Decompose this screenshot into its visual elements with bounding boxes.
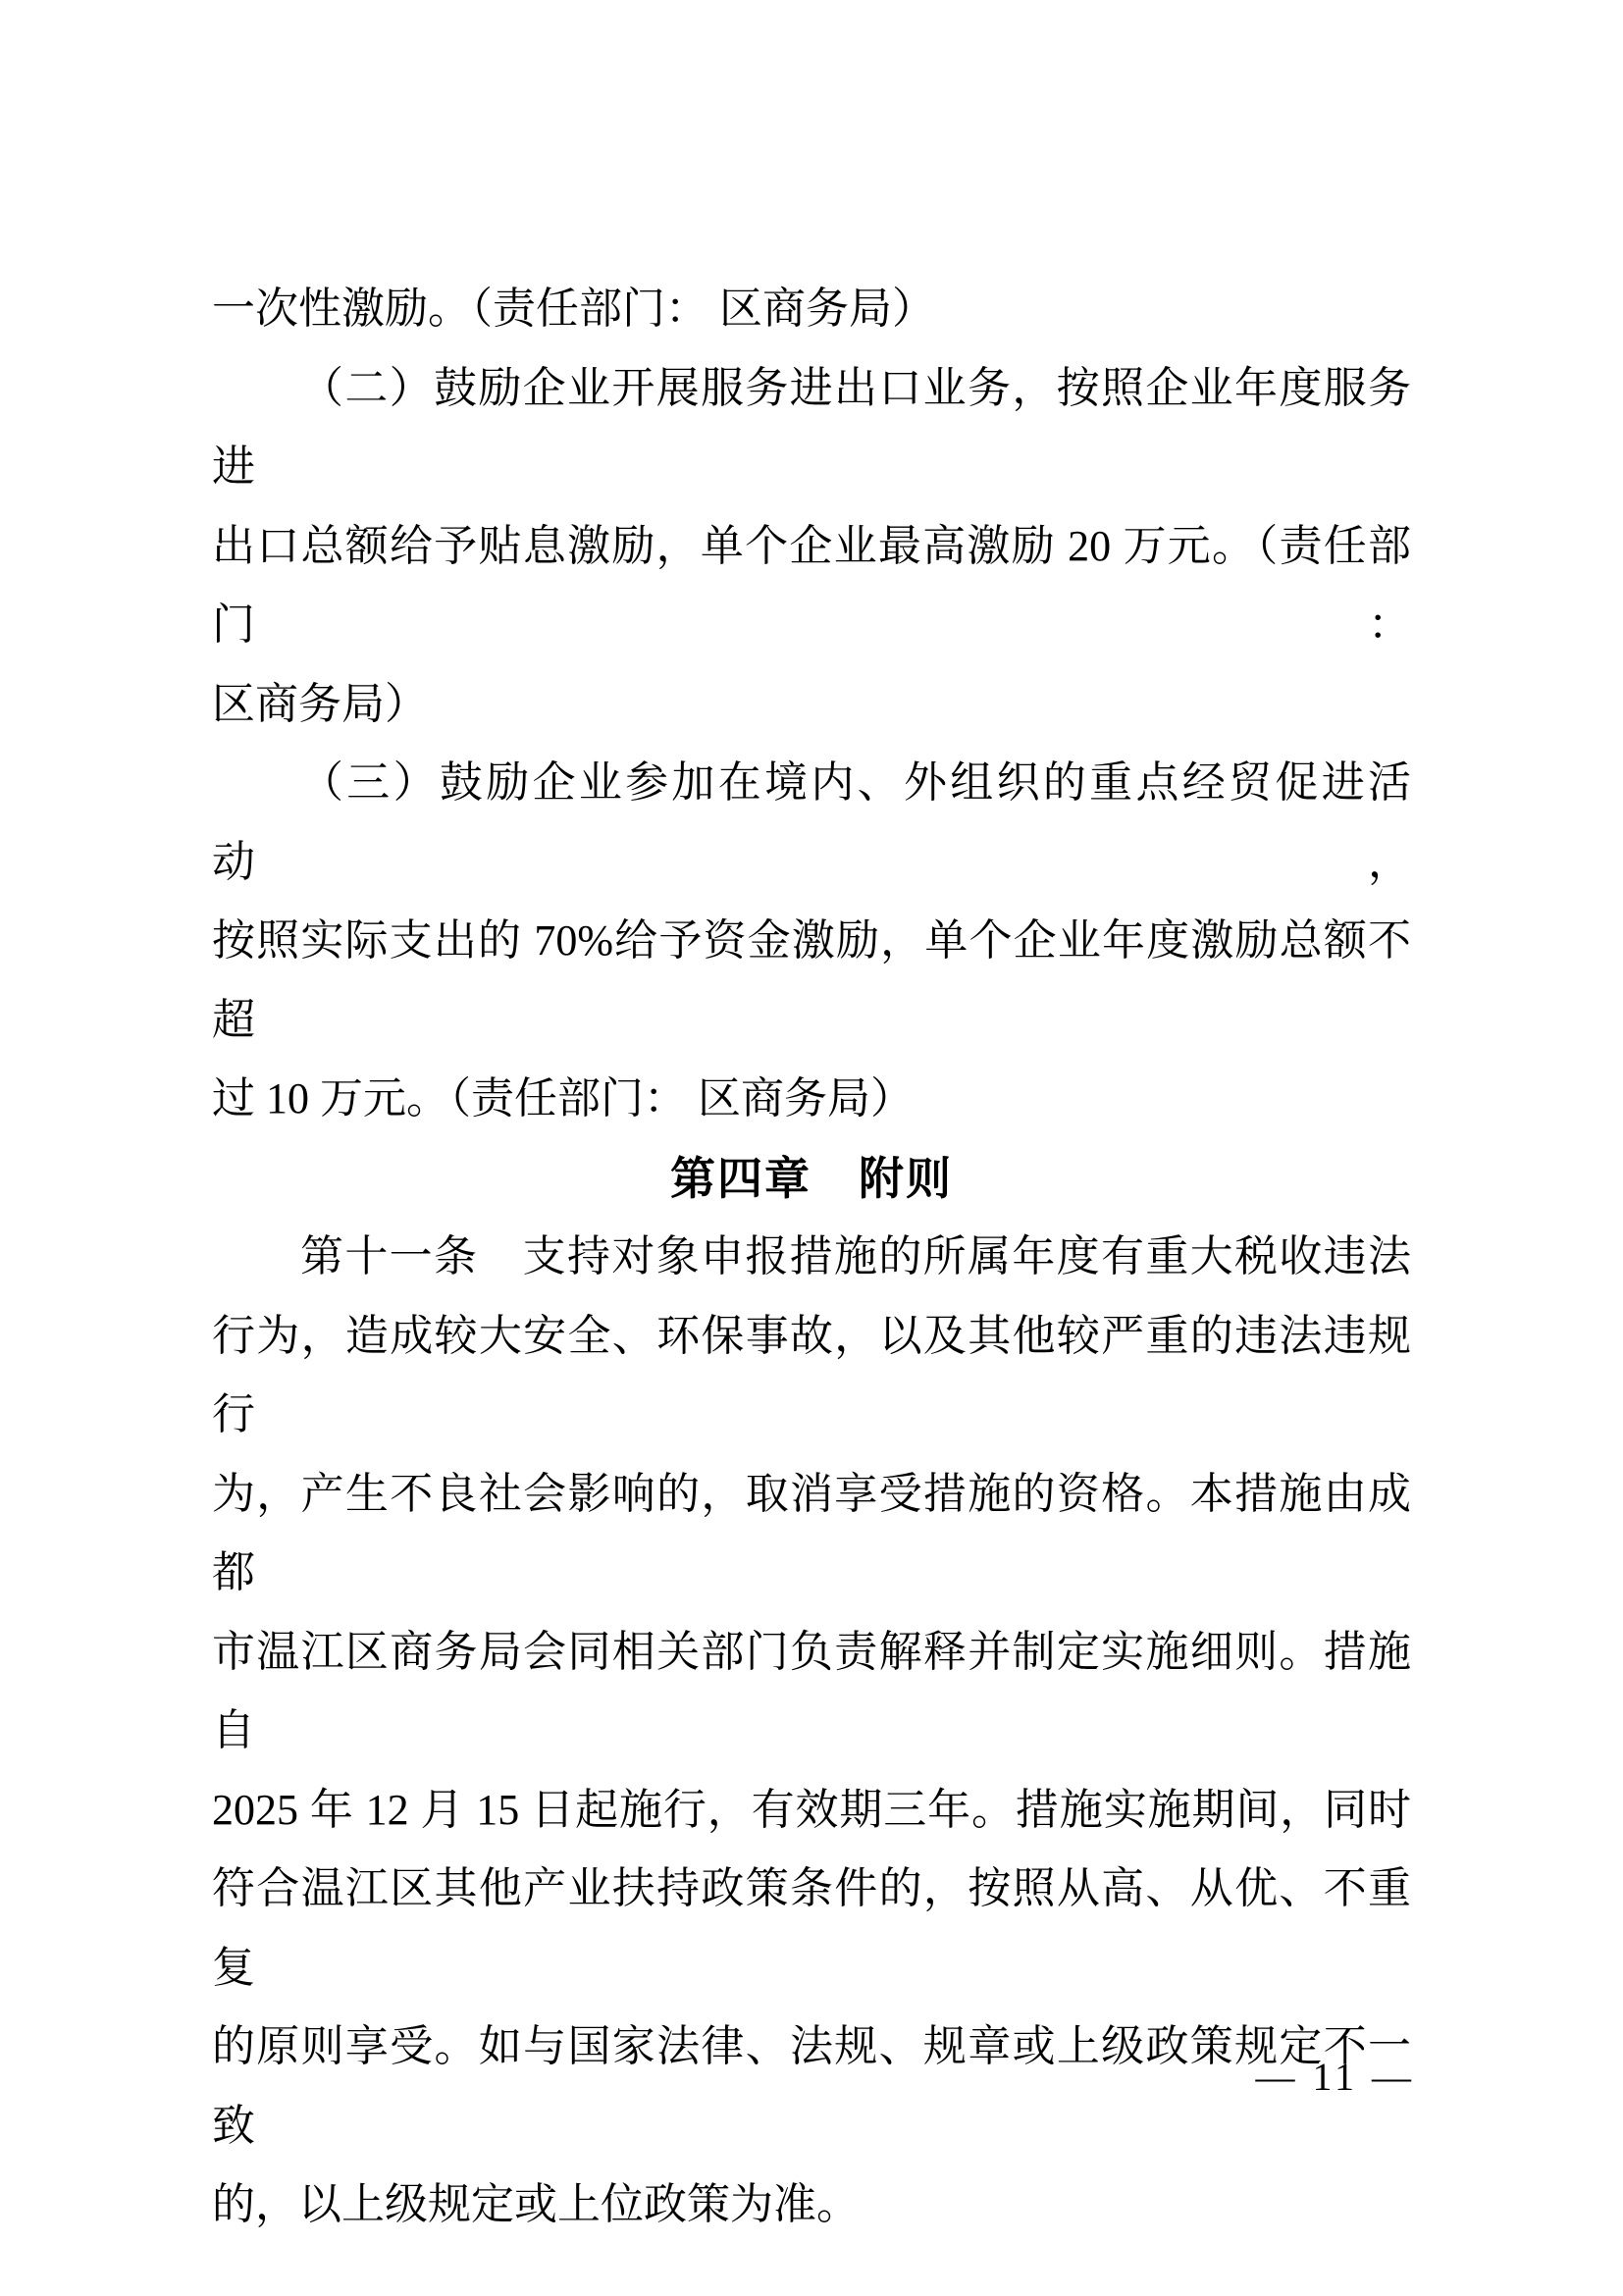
body-line: 市温江区商务局会同相关部门负责解释并制定实施细则。措施自 [212, 1613, 1411, 1771]
body-line: 的原则享受。如与国家法律、法规、规章或上级政策规定不一致 [212, 2008, 1411, 2166]
body-line: （三）鼓励企业参加在境内、外组织的重点经贸促进活动， [212, 744, 1411, 902]
body-line: 区商务局） [212, 665, 1411, 745]
body-line: 第十一条 支持对象申报措施的所属年度有重大税收违法 [212, 1218, 1411, 1297]
body-line: 按照实际支出的 70%给予资金激励，单个企业年度激励总额不超 [212, 902, 1411, 1060]
body-line: 行为，造成较大安全、环保事故，以及其他较严重的违法违规行 [212, 1297, 1411, 1455]
page-number: — 11 — [1255, 2054, 1415, 2100]
body-line: 出口总额给予贴息激励，单个企业最高激励 20 万元。（责任部门： [212, 507, 1411, 665]
document-page: 一次性激励。（责任部门： 区商务局） （二）鼓励企业开展服务进出口业务，按照企业… [0, 0, 1623, 2296]
body-line: 过 10 万元。（责任部门： 区商务局） [212, 1060, 1411, 1139]
chapter-heading: 第四章 附则 [212, 1139, 1411, 1219]
body-line: 的，以上级规定或上位政策为准。 [212, 2166, 1411, 2245]
body-line: 为，产生不良社会影响的，取消享受措施的资格。本措施由成都 [212, 1455, 1411, 1613]
body-line: （二）鼓励企业开展服务进出口业务，按照企业年度服务进 [212, 349, 1411, 507]
body-line: 2025 年 12 月 15 日起施行，有效期三年。措施实施期间，同时 [212, 1771, 1411, 1851]
document-body: 一次性激励。（责任部门： 区商务局） （二）鼓励企业开展服务进出口业务，按照企业… [212, 270, 1411, 2245]
body-line: 符合温江区其他产业扶持政策条件的，按照从高、从优、不重复 [212, 1850, 1411, 2008]
body-line: 一次性激励。（责任部门： 区商务局） [212, 270, 1411, 349]
